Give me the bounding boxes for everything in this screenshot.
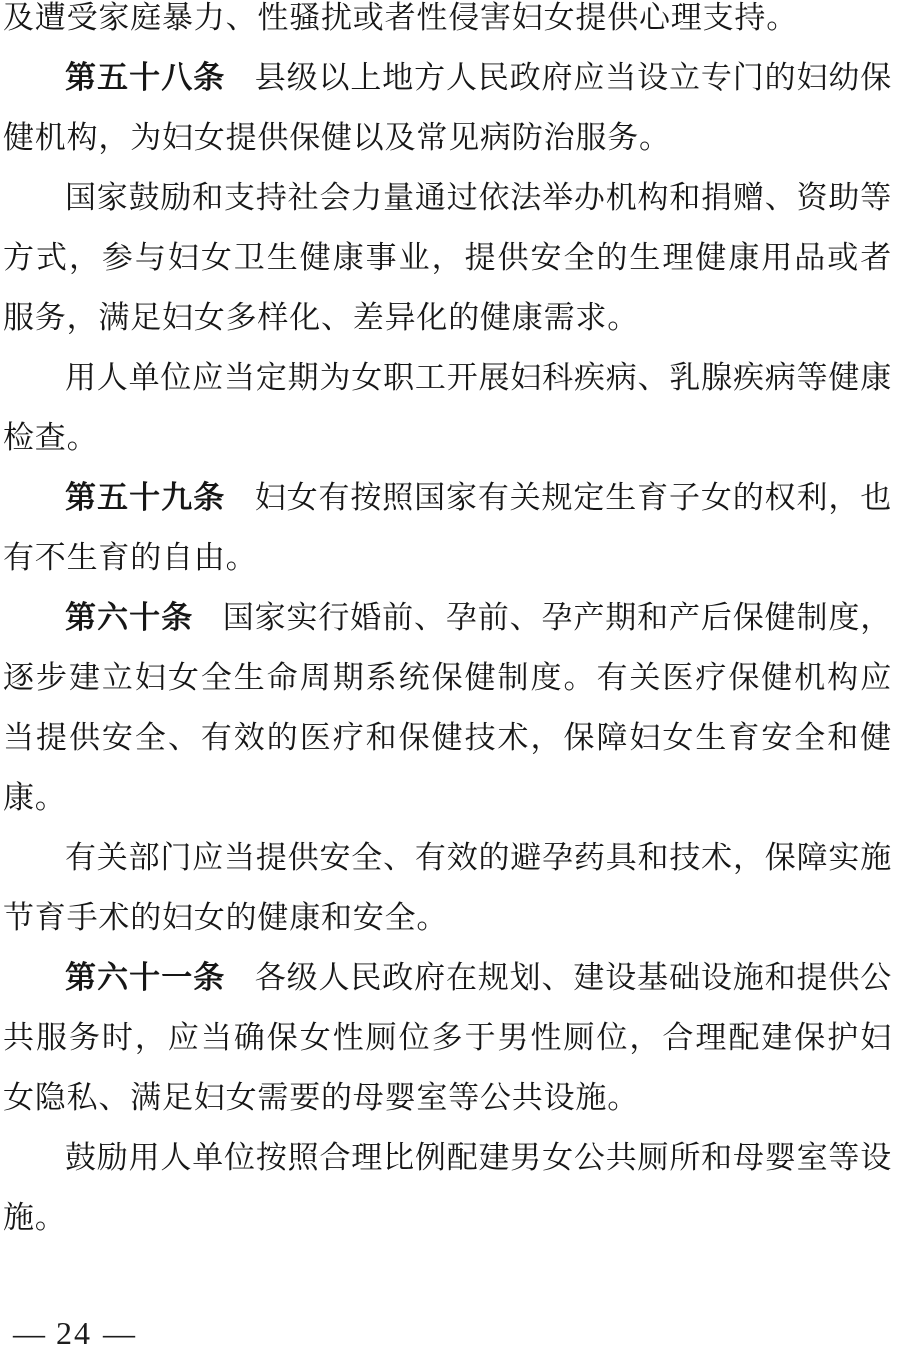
- text-paragraph: 鼓励用人单位按照合理比例配建男女公共厕所和母婴室等设施。: [3, 1128, 892, 1248]
- article-paragraph: 第六十一条各级人民政府在规划、建设基础设施和提供公共服务时，应当确保女性厕位多于…: [3, 948, 892, 1128]
- page-number: 24: [56, 1317, 92, 1349]
- text-paragraph: 及遭受家庭暴力、性骚扰或者性侵害妇女提供心理支持。: [3, 0, 892, 48]
- page-footer: — 24 —: [13, 1317, 135, 1349]
- document-body: 及遭受家庭暴力、性骚扰或者性侵害妇女提供心理支持。第五十八条县级以上地方人民政府…: [0, 0, 900, 1248]
- text-paragraph: 用人单位应当定期为女职工开展妇科疾病、乳腺疾病等健康检查。: [3, 348, 892, 468]
- article-number: 第五十八条: [65, 60, 225, 95]
- article-number: 第六十一条: [65, 960, 225, 995]
- article-number: 第六十条: [65, 600, 193, 635]
- article-paragraph: 第五十八条县级以上地方人民政府应当设立专门的妇幼保健机构，为妇女提供保健以及常见…: [3, 48, 892, 168]
- text-paragraph: 有关部门应当提供安全、有效的避孕药具和技术，保障实施节育手术的妇女的健康和安全。: [3, 828, 892, 948]
- article-paragraph: 第五十九条妇女有按照国家有关规定生育子女的权利，也有不生育的自由。: [3, 468, 892, 588]
- scanned-document-page: { "document": { "paragraphs": [ { "inden…: [0, 0, 900, 1351]
- footer-dash-right: —: [103, 1317, 135, 1349]
- article-paragraph: 第六十条国家实行婚前、孕前、孕产期和产后保健制度，逐步建立妇女全生命周期系统保健…: [3, 588, 892, 828]
- article-number: 第五十九条: [65, 480, 225, 515]
- footer-dash-left: —: [13, 1317, 45, 1349]
- text-paragraph: 国家鼓励和支持社会力量通过依法举办机构和捐赠、资助等方式，参与妇女卫生健康事业，…: [3, 168, 892, 348]
